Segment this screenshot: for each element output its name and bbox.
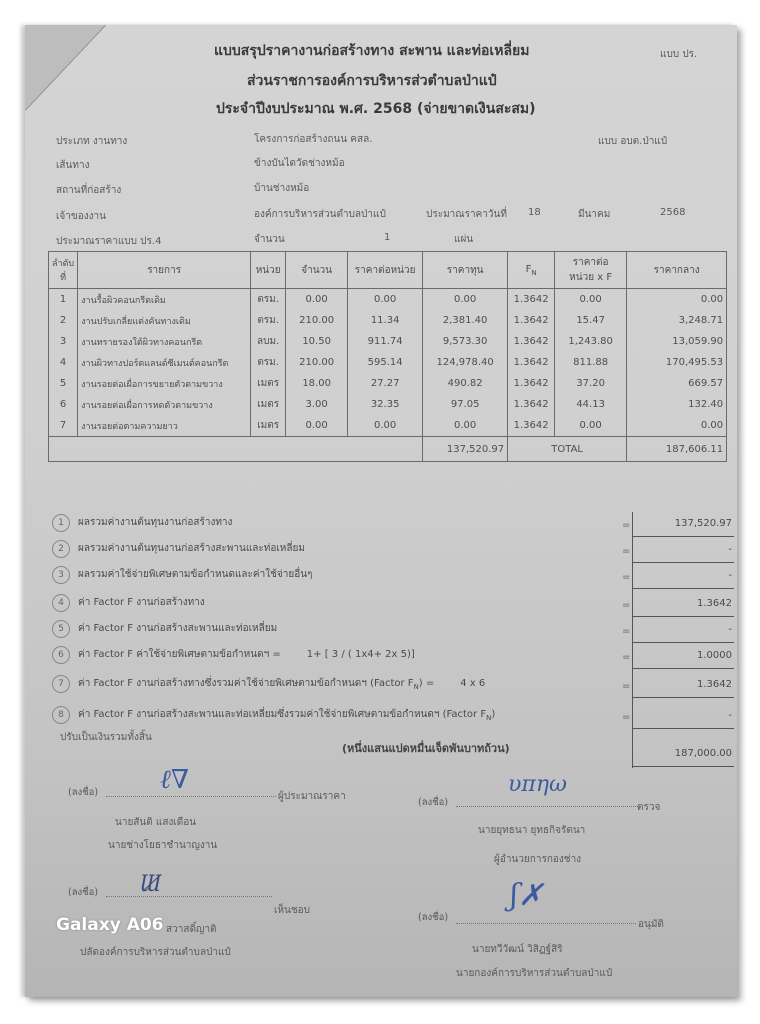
- item-number-circle: 5: [52, 620, 70, 638]
- cell-price-fn: 15.47: [555, 310, 627, 331]
- agree-position: ปลัดองค์การบริหารส่วนตำบลป่าแป๋: [80, 945, 231, 960]
- rounded-value: 187,000.00: [632, 742, 734, 767]
- title-line-1: แบบสรุปราคางานก่อสร้างทาง สะพาน และท่อเห…: [214, 40, 529, 62]
- header-unit-price: ราคาต่อหน่วย: [348, 252, 423, 289]
- equals-sign: =: [622, 572, 630, 583]
- type-label: ประเภท งานทาง: [56, 134, 127, 149]
- estimate-label: ประมาณราคาแบบ ปร.4: [56, 234, 161, 249]
- approver-position: นายกองค์การบริหารส่วนตำบลป่าแป๋: [456, 966, 612, 981]
- equals-sign: =: [622, 681, 630, 692]
- header-item: รายการ: [78, 252, 251, 289]
- cell-unit: ตรม.: [251, 310, 286, 331]
- cell-item: งานรอยต่อเผื่อการหดตัวตามขวาง: [78, 394, 251, 415]
- summary-item: 5ค่า Factor F งานก่อสร้างสะพานและท่อเหลี…: [52, 620, 277, 638]
- header-mid-price: ราคากลาง: [627, 252, 727, 289]
- site-value: บ้านช่างหม้อ: [254, 181, 309, 196]
- table-row: 2งานปรับเกลี่ยแต่งคันทางเดิมตรม.210.0011…: [49, 310, 727, 331]
- summary-label: ผลรวมค่าใช้จ่ายพิเศษตามข้อกำหนดและค่าใช้…: [78, 569, 312, 580]
- cell-unit: เมตร: [251, 394, 286, 415]
- cell-unit-price: 0.00: [348, 289, 423, 311]
- cell-fn: 1.3642: [508, 415, 555, 437]
- cell-mid-price: 13,059.90: [627, 331, 727, 352]
- summary-label: ค่า Factor F งานก่อสร้างทางซึ่งรวมค่าใช้…: [78, 678, 414, 689]
- type-value: โครงการก่อสร้างถนน คสล.: [254, 132, 372, 147]
- agree-name: สวาสดิ์ญาติ: [166, 922, 217, 937]
- header-unit: หน่วย: [251, 252, 286, 289]
- cell-qty: 210.00: [286, 310, 348, 331]
- estimator-name: นายสันติ แสงเดือน: [115, 815, 196, 830]
- cell-mid-price: 132.40: [627, 394, 727, 415]
- cell-fn: 1.3642: [508, 331, 555, 352]
- summary-item: 6ค่า Factor F ค่าใช้จ่ายพิเศษตามข้อกำหนด…: [52, 646, 415, 664]
- summary-label: ค่า Factor F งานก่อสร้างสะพานและท่อเหลี่…: [78, 709, 486, 720]
- cell-price-fn: 37.20: [555, 373, 627, 394]
- item-number-circle: 3: [52, 566, 70, 584]
- rounded-words: (หนึ่งแสนแปดหมื่นเจ็ดพันบาทถ้วน): [342, 739, 510, 757]
- date-year: 2568: [660, 207, 685, 218]
- estimator-role: ผู้ประมาณราคา: [278, 789, 346, 804]
- cell-cost: 124,978.40: [423, 352, 508, 373]
- cell-price-fn: 0.00: [555, 415, 627, 437]
- cell-mid-price: 3,248.71: [627, 310, 727, 331]
- route-value: ข้างบันไดวัดช่างหม้อ: [254, 156, 345, 171]
- cell-cost: 2,381.40: [423, 310, 508, 331]
- cell-no: 7: [49, 415, 78, 437]
- cell-price-fn: 811.88: [555, 352, 627, 373]
- cell-price-fn: 1,243.80: [555, 331, 627, 352]
- cell-no: 2: [49, 310, 78, 331]
- table-header-row: ลำดับที่ รายการ หน่วย จำนวน ราคาต่อหน่วย…: [49, 252, 727, 289]
- cell-cost: 0.00: [423, 415, 508, 437]
- summary-label: ค่า Factor F งานก่อสร้างสะพานและท่อเหลี่…: [78, 623, 277, 634]
- summary-item: 2ผลรวมค่างานต้นทุนงานก่อสร้างสะพานและท่อ…: [52, 540, 305, 558]
- cell-unit: เมตร: [251, 415, 286, 437]
- equals-sign: =: [622, 652, 630, 663]
- cell-unit-price: 0.00: [348, 415, 423, 437]
- summary-item: 3ผลรวมค่าใช้จ่ายพิเศษตามข้อกำหนดและค่าใช…: [52, 566, 312, 584]
- cell-no: 4: [49, 352, 78, 373]
- summary-item: 8ค่า Factor F งานก่อสร้างสะพานและท่อเหลี…: [52, 706, 495, 724]
- cell-fn: 1.3642: [508, 352, 555, 373]
- cell-item: งานผิวทางปอร์ตแลนด์ซีเมนต์คอนกรีต: [78, 352, 251, 373]
- cell-no: 3: [49, 331, 78, 352]
- cell-cost: 9,573.30: [423, 331, 508, 352]
- owner-label: เจ้าของงาน: [56, 209, 106, 224]
- signature-approver: ʃ✗: [510, 878, 543, 913]
- cell-unit-price: 911.74: [348, 331, 423, 352]
- summary-formula: 4 x 6: [460, 678, 485, 689]
- cell-unit-price: 32.35: [348, 394, 423, 415]
- estimator-position: นายช่างโยธาชำนาญงาน: [108, 838, 217, 853]
- cell-qty: 0.00: [286, 289, 348, 311]
- item-number-circle: 7: [52, 675, 70, 693]
- summary-value: -: [632, 618, 734, 643]
- sign-prefix-estimator: (ลงชื่อ): [68, 785, 98, 800]
- owner-value: องค์การบริหารส่วนตำบลป่าแป๋: [254, 207, 386, 222]
- equals-sign: =: [622, 626, 630, 637]
- cell-unit: เมตร: [251, 373, 286, 394]
- cell-qty: 18.00: [286, 373, 348, 394]
- sign-prefix-agree: (ลงชื่อ): [68, 885, 98, 900]
- table-row: 6งานรอยต่อเผื่อการหดตัวตามขวางเมตร3.0032…: [49, 394, 727, 415]
- cell-item: งานปรับเกลี่ยแต่งคันทางเดิม: [78, 310, 251, 331]
- signature-estimator: ℓ∇: [160, 765, 189, 795]
- summary-value: -: [632, 538, 734, 563]
- summary-label: ค่า Factor F งานก่อสร้างทาง: [78, 597, 205, 608]
- sheet-label: แผ่น: [454, 232, 473, 247]
- equals-sign: =: [622, 546, 630, 557]
- signature-checker: υπηω: [508, 772, 567, 797]
- cell-cost: 0.00: [423, 289, 508, 311]
- signature-agree: Ɯ̸: [140, 872, 161, 897]
- cell-unit: ตรม.: [251, 289, 286, 311]
- checker-name: นายยุทธนา ยุทธกิจรัตนา: [478, 823, 585, 838]
- cell-cost: 97.05: [423, 394, 508, 415]
- summary-value: 137,520.97: [632, 512, 734, 537]
- summary-value: 1.3642: [632, 673, 734, 698]
- header-qty: จำนวน: [286, 252, 348, 289]
- form-code: แบบ ปร.: [660, 47, 697, 62]
- sign-prefix-checker: (ลงชื่อ): [418, 795, 448, 810]
- item-number-circle: 4: [52, 594, 70, 612]
- table-row: 5งานรอยต่อเผื่อการขยายตัวตามขวางเมตร18.0…: [49, 373, 727, 394]
- cell-unit: ลบม.: [251, 331, 286, 352]
- cell-item: งานรอยต่อตามความยาว: [78, 415, 251, 437]
- header-price-fn: ราคาต่อหน่วย x F: [555, 252, 627, 289]
- summary-label: ผลรวมค่างานต้นทุนงานก่อสร้างสะพานและท่อเ…: [78, 543, 305, 554]
- cell-fn: 1.3642: [508, 373, 555, 394]
- route-label: เส้นทาง: [56, 158, 89, 173]
- item-number-circle: 6: [52, 646, 70, 664]
- total-label: TOTAL: [508, 437, 627, 462]
- header-fn: FN: [508, 252, 555, 289]
- item-number-circle: 1: [52, 514, 70, 532]
- equals-sign: =: [622, 520, 630, 531]
- approver-name: นายทวีวัฒน์ วิสิฏฐ์สิริ: [472, 942, 563, 957]
- summary-value: 1.3642: [632, 592, 734, 617]
- equals-sign: =: [622, 600, 630, 611]
- total-cost: 137,520.97: [423, 437, 508, 462]
- cell-cost: 490.82: [423, 373, 508, 394]
- cell-unit: ตรม.: [251, 352, 286, 373]
- title-line-2: ส่วนราชการองค์การบริหารส่วตำบลป่าแป๋: [247, 70, 497, 92]
- cell-qty: 210.00: [286, 352, 348, 373]
- cell-mid-price: 0.00: [627, 415, 727, 437]
- count-label: จำนวน: [254, 232, 285, 247]
- equals-sign: =: [622, 712, 630, 723]
- checker-position: ผู้อำนวยการกองช่าง: [494, 852, 581, 867]
- date-label: ประมาณราคาวันที่: [426, 207, 507, 222]
- cell-fn: 1.3642: [508, 289, 555, 311]
- summary-item: 1ผลรวมค่างานต้นทุนงานก่อสร้างทาง: [52, 514, 232, 532]
- header-cost: ราคาทุน: [423, 252, 508, 289]
- summary-value: -: [632, 564, 734, 589]
- cell-no: 6: [49, 394, 78, 415]
- form-code-2: แบบ อบต.ป่าแป๋: [598, 134, 667, 149]
- cell-item: งานรอยต่อเผื่อการขยายตัวตามขวาง: [78, 373, 251, 394]
- camera-watermark: Galaxy A06: [56, 915, 164, 935]
- site-label: สถานที่ก่อสร้าง: [56, 183, 121, 198]
- summary-label: ค่า Factor F ค่าใช้จ่ายพิเศษตามข้อกำหนดฯ…: [78, 649, 281, 660]
- approver-role: อนุมัติ: [638, 917, 664, 932]
- title-line-3: ประจำปีงบประมาณ พ.ศ. 2568 (จ่ายขาดเงินสะ…: [216, 98, 536, 120]
- header-no: ลำดับที่: [49, 252, 78, 289]
- cell-mid-price: 170,495.53: [627, 352, 727, 373]
- cell-unit-price: 595.14: [348, 352, 423, 373]
- date-month: มีนาคม: [578, 207, 610, 222]
- total-mid-price: 187,606.11: [627, 437, 727, 462]
- summary-value: 1.0000: [632, 644, 734, 669]
- cell-fn: 1.3642: [508, 310, 555, 331]
- cell-mid-price: 0.00: [627, 289, 727, 311]
- cell-unit-price: 11.34: [348, 310, 423, 331]
- cell-item: งานทรายรองใต้ผิวทางคอนกรีต: [78, 331, 251, 352]
- item-number-circle: 8: [52, 706, 70, 724]
- date-day: 18: [528, 207, 541, 218]
- count-value: 1: [384, 232, 390, 243]
- summary-item: 7ค่า Factor F งานก่อสร้างทางซึ่งรวมค่าใช…: [52, 675, 485, 693]
- checker-role: ตรวจ: [637, 800, 660, 815]
- cell-fn: 1.3642: [508, 394, 555, 415]
- cell-no: 5: [49, 373, 78, 394]
- cell-qty: 0.00: [286, 415, 348, 437]
- summary-item: 4ค่า Factor F งานก่อสร้างทาง: [52, 594, 205, 612]
- cell-no: 1: [49, 289, 78, 311]
- cell-price-fn: 0.00: [555, 289, 627, 311]
- sign-prefix-approver: (ลงชื่อ): [418, 910, 448, 925]
- item-number-circle: 2: [52, 540, 70, 558]
- cell-mid-price: 669.57: [627, 373, 727, 394]
- cell-qty: 10.50: [286, 331, 348, 352]
- cell-qty: 3.00: [286, 394, 348, 415]
- items-table: ลำดับที่ รายการ หน่วย จำนวน ราคาต่อหน่วย…: [48, 251, 727, 462]
- summary-value: -: [632, 704, 734, 729]
- table-row: 4งานผิวทางปอร์ตแลนด์ซีเมนต์คอนกรีตตรม.21…: [49, 352, 727, 373]
- table-row: 1งานรื้อผิวคอนกรีตเดิมตรม.0.000.000.001.…: [49, 289, 727, 311]
- table-row: 3งานทรายรองใต้ผิวทางคอนกรีตลบม.10.50911.…: [49, 331, 727, 352]
- cell-item: งานรื้อผิวคอนกรีตเดิม: [78, 289, 251, 311]
- summary-formula: 1+ [ 3 / ( 1x4+ 2x 5)]: [307, 649, 415, 660]
- cell-unit-price: 27.27: [348, 373, 423, 394]
- rounded-label: ปรับเป็นเงินรวมทั้งสิ้น: [60, 730, 152, 745]
- agree-role: เห็นชอบ: [274, 903, 310, 918]
- cell-price-fn: 44.13: [555, 394, 627, 415]
- table-row: 7งานรอยต่อตามความยาวเมตร0.000.000.001.36…: [49, 415, 727, 437]
- summary-label: ผลรวมค่างานต้นทุนงานก่อสร้างทาง: [78, 517, 232, 528]
- total-row: 137,520.97 TOTAL 187,606.11: [49, 437, 727, 462]
